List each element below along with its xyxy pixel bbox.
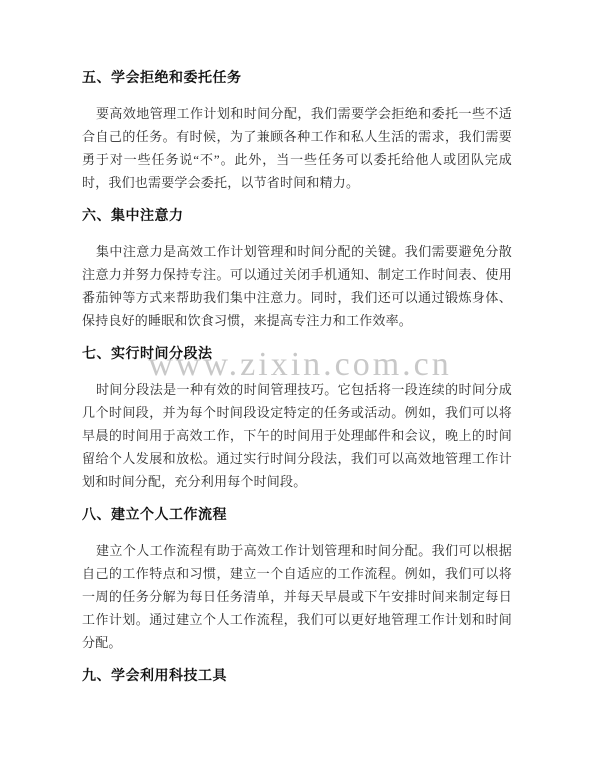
document-section: 六、集中注意力 集中注意力是高效工作计划管理和时间分配的关键。我们需要避免分散注… (82, 206, 512, 332)
section-heading: 八、建立个人工作流程 (82, 505, 512, 523)
document-section: 八、建立个人工作流程 建立个人工作流程有助于高效工作计划管理和时间分配。我们可以… (82, 505, 512, 654)
section-paragraph: 集中注意力是高效工作计划管理和时间分配的关键。我们需要避免分散注意力并努力保持专… (82, 240, 512, 332)
section-paragraph: 时间分段法是一种有效的时间管理技巧。它包括将一段连续的时间分成几个时间段，并为每… (82, 378, 512, 493)
section-heading: 五、学会拒绝和委托任务 (82, 68, 512, 86)
section-heading: 九、学会利用科技工具 (82, 666, 512, 684)
section-heading: 七、实行时间分段法 (82, 344, 512, 362)
document-page: www.zixin.com.cn 五、学会拒绝和委托任务 要高效地管理工作计划和… (0, 0, 600, 776)
document-section: 七、实行时间分段法 时间分段法是一种有效的时间管理技巧。它包括将一段连续的时间分… (82, 344, 512, 493)
document-section: 九、学会利用科技工具 (82, 666, 512, 684)
section-paragraph: 建立个人工作流程有助于高效工作计划管理和时间分配。我们可以根据自己的工作特点和习… (82, 539, 512, 654)
section-paragraph: 要高效地管理工作计划和时间分配，我们需要学会拒绝和委托一些不适合自己的任务。有时… (82, 102, 512, 194)
section-heading: 六、集中注意力 (82, 206, 512, 224)
document-section: 五、学会拒绝和委托任务 要高效地管理工作计划和时间分配，我们需要学会拒绝和委托一… (82, 68, 512, 194)
